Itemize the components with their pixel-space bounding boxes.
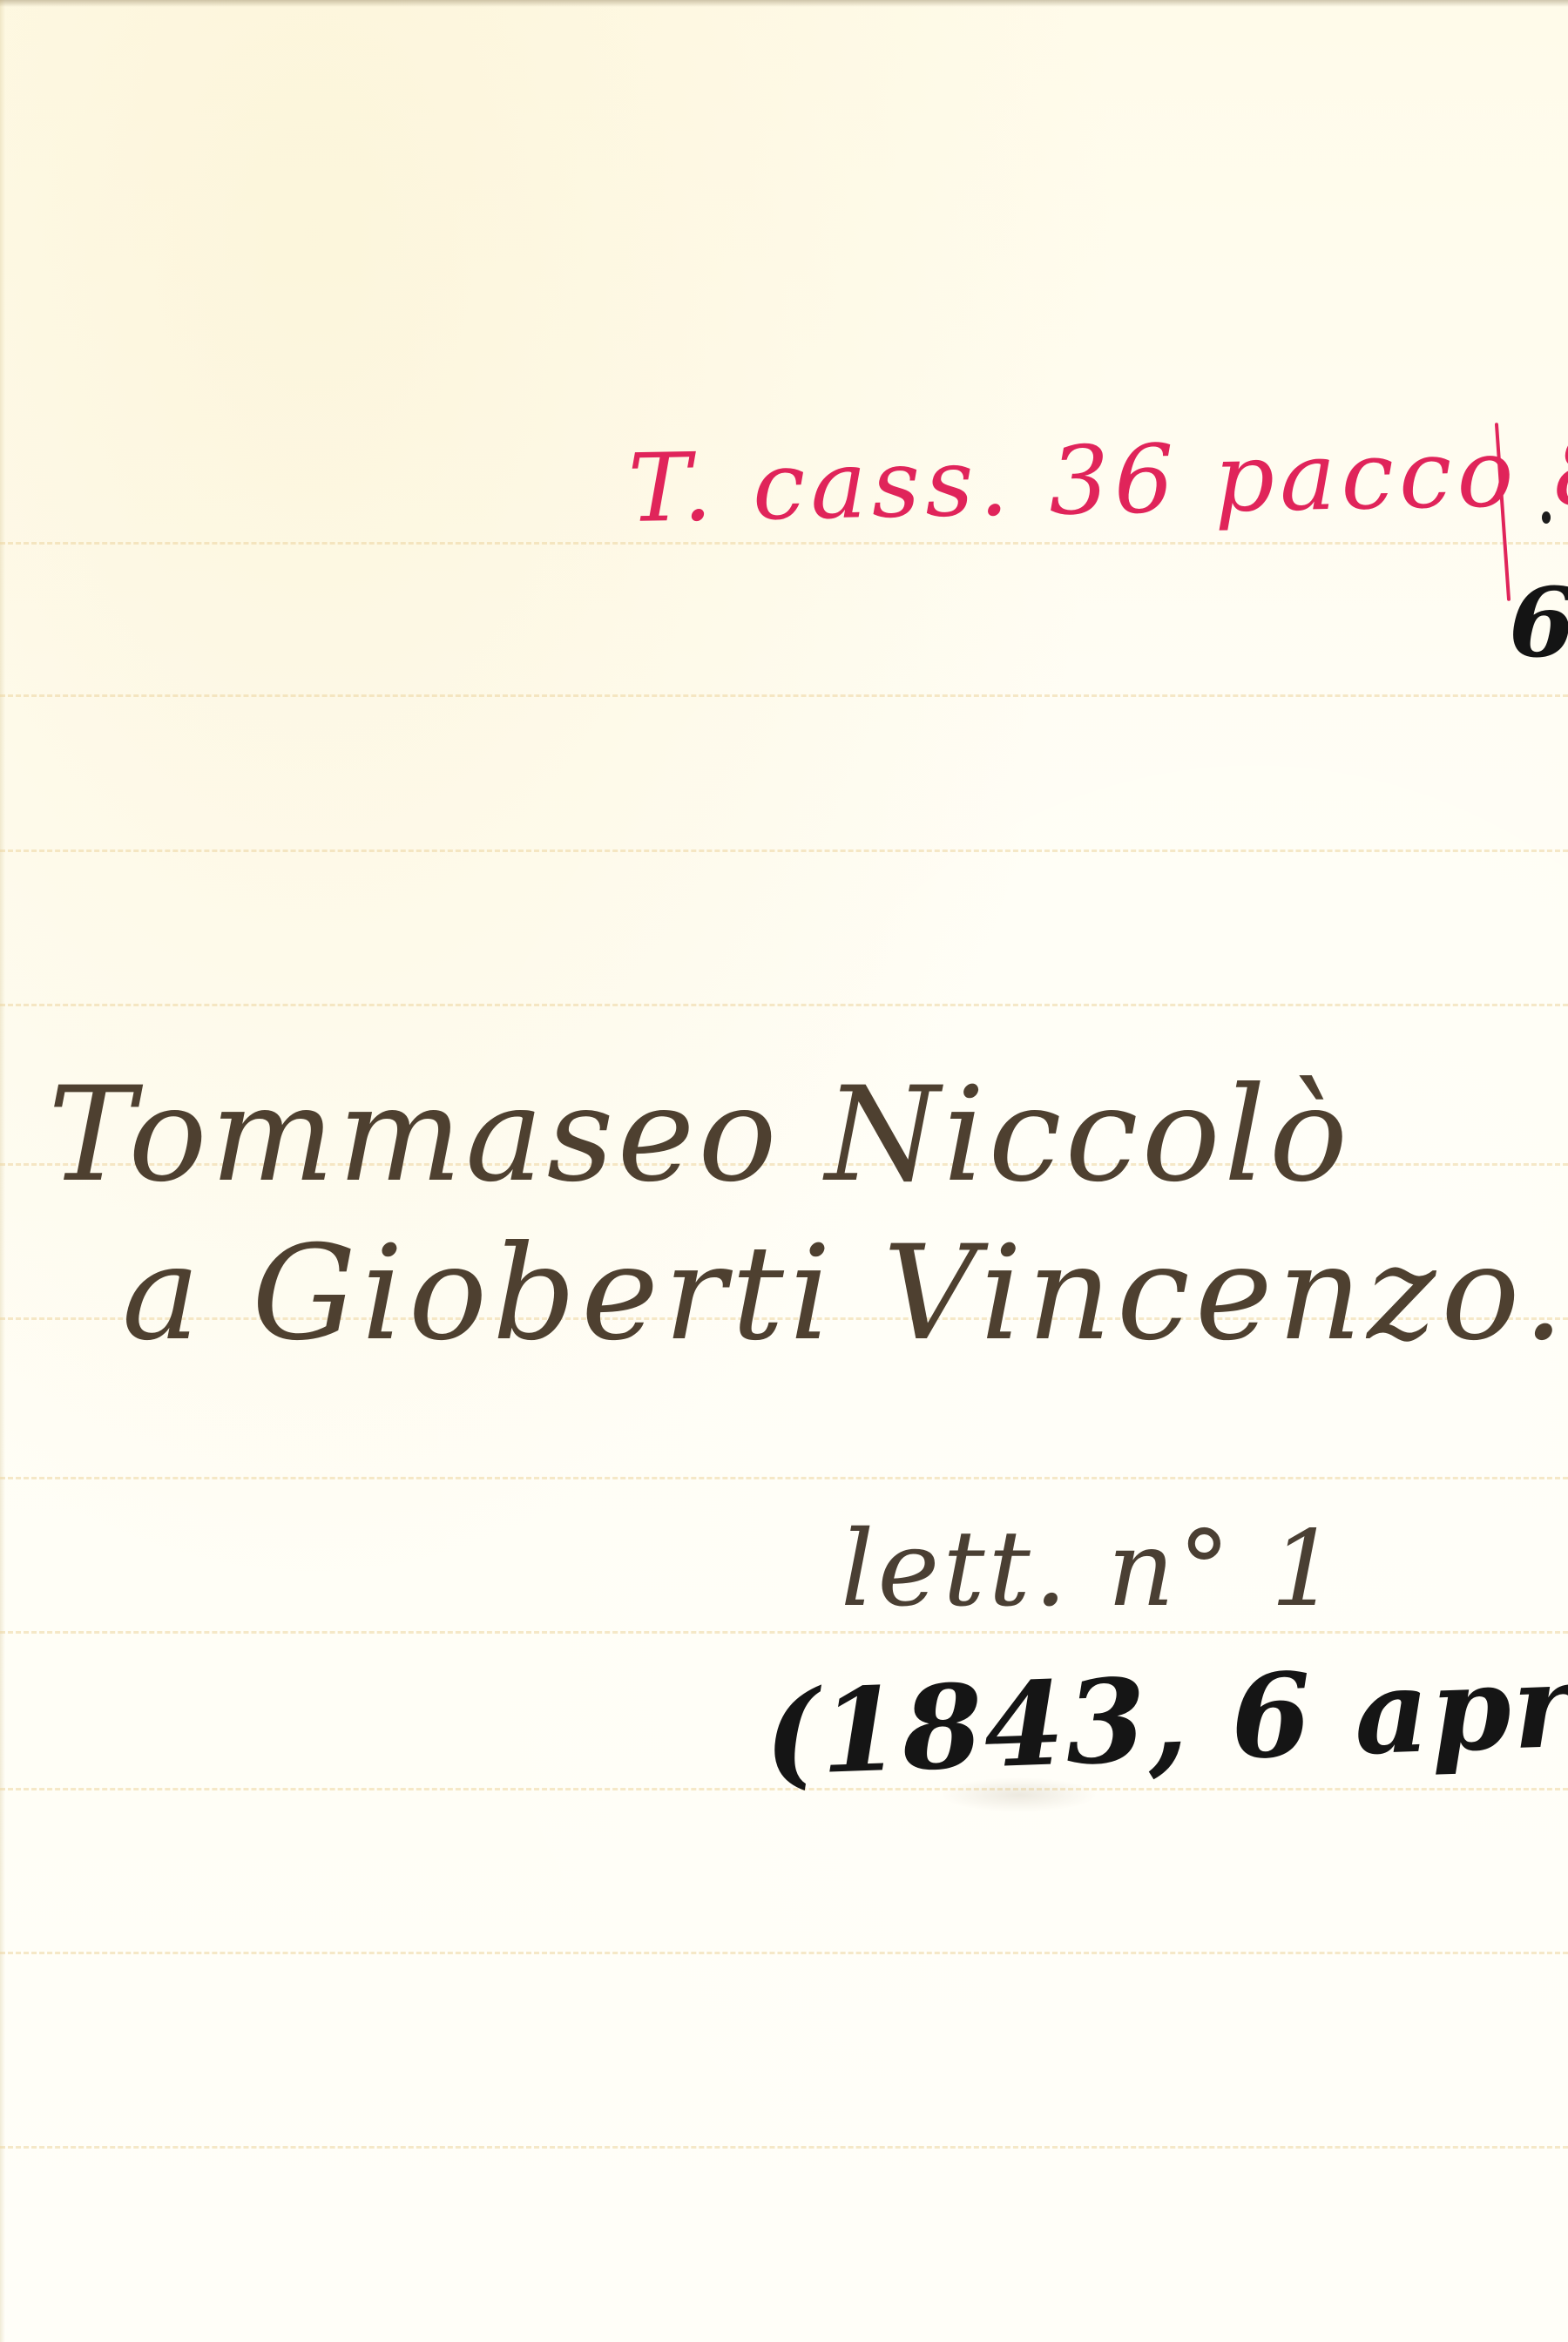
- ruled-line: [0, 1631, 1568, 1634]
- ruled-line: [0, 1004, 1568, 1006]
- letter-number: lett. n° 1: [841, 1518, 1341, 1622]
- reference-dot: [1542, 511, 1551, 524]
- ruled-line: [0, 694, 1568, 697]
- ruled-line: [0, 849, 1568, 852]
- ruled-line: [0, 1952, 1568, 1954]
- ruled-line: [0, 542, 1568, 545]
- recipient-name: a Gioberti Vincenzo.: [122, 1229, 1568, 1359]
- card-left-edge-shadow: [0, 0, 5, 2342]
- archive-reference: T. cass. 36 pacco 87.: [627, 423, 1568, 537]
- ink-bleed-through: [941, 1777, 1098, 1812]
- archival-card: T. cass. 36 pacco 87. 6 Tommaseo Niccolò…: [0, 0, 1568, 2342]
- card-top-edge-shadow: [0, 0, 1568, 7]
- author-name: Tommaseo Niccolò: [48, 1070, 1351, 1201]
- ruled-line: [0, 1477, 1568, 1479]
- letter-date: (1843, 6 apr.): [762, 1646, 1568, 1792]
- reference-sub-number: 6: [1509, 575, 1568, 671]
- ruled-line: [0, 2146, 1568, 2149]
